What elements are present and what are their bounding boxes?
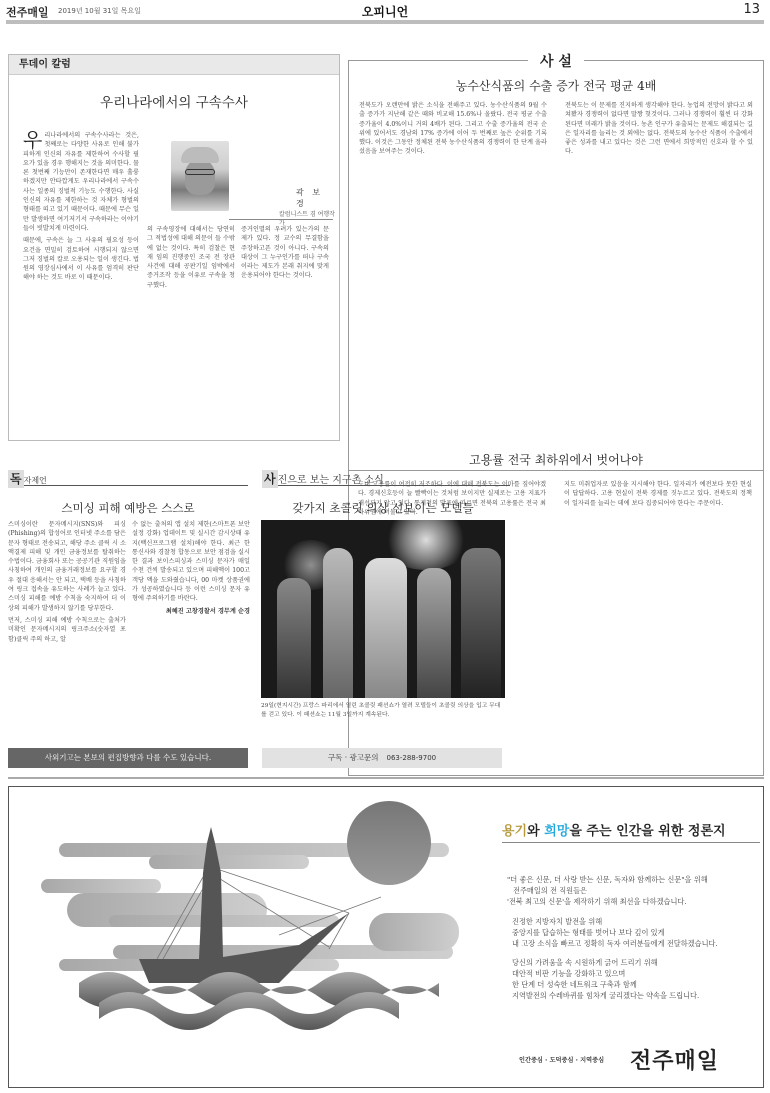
ad-line: 한 단계 더 성숙한 네트워크 구축과 함께 bbox=[512, 979, 699, 990]
ad-line: 진정한 지방자치 발전을 위해 bbox=[512, 916, 718, 927]
reader-letter-col-1: 스미싱이란 문자메시지(SNS)와 피싱(Phishing)의 합성어로 인터넷… bbox=[8, 520, 126, 644]
fashion-show-photo bbox=[261, 520, 505, 698]
photo-news-head: 사진으로 보는 지구촌 소식 bbox=[262, 468, 510, 486]
photo-news-head-rest: 진으로 보는 지구촌 소식 bbox=[278, 475, 384, 486]
editorial-title-2: 고용률 전국 최하위에서 벗어나야 bbox=[349, 451, 763, 468]
reader-letter-head-rest: 자제언 bbox=[24, 476, 47, 485]
slogan-hope: 희망 bbox=[544, 824, 569, 839]
today-column-col-3: 증거인멸의 우려가 있는가의 문제가 있다. 정 교수의 무결함을 주장하고픈 … bbox=[241, 225, 329, 281]
author-divider bbox=[229, 219, 333, 220]
photo-caption: 29일(현지시간) 프랑스 파리에서 열린 초콜릿 패션쇼가 열려 모델들이 초… bbox=[261, 702, 505, 720]
ad-slogan: 용기와 희망을 주는 인간을 위한 정론지 bbox=[502, 820, 726, 839]
editorial-1-col-2: 전북도는 이 문제를 진지하게 생각해야 한다. 농업의 전망이 밝다고 외쳐봤… bbox=[565, 101, 753, 157]
ad-paragraph-1: "더 좋은 신문, 더 사랑 받는 신문, 독자와 함께하는 신문"을 위해 전… bbox=[507, 874, 708, 907]
reader-letter-col-2: 수 없는 출처의 앱 설치 제한(스마트폰 보안설정 강화) 업데이트 및 실시… bbox=[132, 520, 250, 616]
photo-face bbox=[185, 159, 215, 195]
today-column-tab: 투데이 칼럼 bbox=[9, 55, 339, 75]
photo-news-title: 갖가지 초콜릿 의상 선보이는 모델들 bbox=[258, 500, 508, 516]
today-column-lead: 우 리나라에서의 구속수사라는 것은, 첫째로는 다양한 사유로 인해 불가피하… bbox=[23, 131, 139, 283]
photo-cap bbox=[181, 147, 219, 163]
ad-line: 중앙지를 답습하는 형태를 벗어나 보다 깊이 있게 bbox=[512, 927, 718, 938]
masthead: 전주매일 2019년 10월 31일 목요일 오피니언 13 bbox=[6, 0, 764, 24]
slogan-courage: 용기 bbox=[502, 824, 527, 839]
author-name: 곽 보 경 bbox=[296, 187, 339, 209]
reader-letter-head-first: 독 bbox=[8, 470, 24, 488]
ad-paragraph-2: 진정한 지방자치 발전을 위해 중앙지를 답습하는 형태를 벗어나 보다 깊이 … bbox=[512, 916, 718, 949]
contributor-notice: 사외기고는 본보의 편집방향과 다를 수도 있습니다. bbox=[8, 748, 248, 768]
today-column-box: 투데이 칼럼 우리나라에서의 구속수사 우 리나라에서의 구속수사라는 것은, … bbox=[8, 54, 340, 441]
editorial-label-wrap: 사 설 bbox=[349, 51, 763, 71]
ad-line: 지역발전의 수레바퀴를 힘차게 굴리겠다는 약속을 드립니다. bbox=[512, 990, 699, 1001]
ad-paragraph-3: 당신의 가려움을 속 시원하게 긁어 드리기 위해 대안적 비판 기능을 강화하… bbox=[512, 957, 699, 1001]
reader-letter-text-2: 수 없는 출처의 앱 설치 제한(스마트폰 보안설정 강화) 업데이트 및 실시… bbox=[132, 521, 250, 602]
today-column-title: 우리나라에서의 구속수사 bbox=[9, 91, 339, 111]
page-number: 13 bbox=[743, 2, 760, 17]
model-figure bbox=[323, 548, 353, 698]
newspaper-logo: 전주매일 bbox=[630, 1044, 719, 1075]
model-figure bbox=[277, 578, 311, 698]
masthead-rule bbox=[6, 20, 764, 24]
author-photo bbox=[171, 141, 229, 211]
editorial-box: 사 설 농수산식품의 수출 증가 전국 평균 4배 전북도가 오랜만에 밝은 소… bbox=[348, 60, 764, 471]
model-figure bbox=[461, 548, 501, 698]
editorial-label: 사 설 bbox=[528, 54, 584, 70]
ad-line: '전북 최고의 신문'을 제작하기 위해 최선을 다하겠습니다. bbox=[507, 896, 708, 907]
photo-glasses bbox=[185, 169, 215, 175]
ad-line: 당신의 가려움을 속 시원하게 긁어 드리기 위해 bbox=[512, 957, 699, 968]
editorial-title-1: 농수산식품의 수출 증가 전국 평균 4배 bbox=[349, 77, 763, 94]
model-figure bbox=[417, 568, 451, 698]
photo-news-head-first: 사 bbox=[262, 470, 278, 488]
reader-letter-text-1: 스미싱이란 문자메시지(SNS)와 피싱(Phishing)의 합성어로 인터넷… bbox=[8, 521, 126, 612]
slogan-divider bbox=[502, 842, 760, 843]
slogan-and: 와 bbox=[527, 824, 544, 839]
reader-letter-head: 독자제언 bbox=[8, 468, 248, 486]
section-title: 오피니언 bbox=[6, 3, 764, 20]
ad-tagline: 인간중심 · 도덕중심 · 지역중심 bbox=[519, 1055, 604, 1064]
body-text: 때문에, 구속은 늘 그 사유의 필요성 등이 요건을 면밀히 검토하여 시행되… bbox=[23, 237, 139, 281]
contact-phone: 063-288-9700 bbox=[387, 754, 437, 762]
ad-line: 대안적 비판 기능을 강화하고 있으며 bbox=[512, 968, 699, 979]
reader-letter-signature: 최혜진 고창경찰서 경무계 순경 bbox=[132, 607, 250, 616]
section-divider bbox=[8, 777, 764, 779]
ad-line: 내 고장 소식을 빠르고 정확히 독자 여러분들에게 전달하겠습니다. bbox=[512, 938, 718, 949]
editorial-1-col-1: 전북도가 오랜만에 밝은 소식을 전해주고 있다. 농수산식품의 9월 수출 증… bbox=[359, 101, 547, 157]
ad-line: "더 좋은 신문, 더 사랑 받는 신문, 독자와 함께하는 신문"을 위해 bbox=[507, 874, 708, 885]
ad-line: 전주매일의 전 직원들은 bbox=[507, 885, 708, 896]
subscription-contact: 구독 · 광고문의063-288-9700 bbox=[262, 748, 502, 768]
today-column-col-2: 의 구속영장에 대해서는 당연히 그 적법성에 대해 의문이 들 수밖에 없는 … bbox=[147, 225, 235, 290]
contact-label: 구독 · 광고문의 bbox=[328, 753, 379, 762]
reader-letter-text-1-tail: 먼저, 스미싱 피해 예방 수칙으로는 출처가 미확인 문자메시지의 링크주소(… bbox=[8, 617, 126, 643]
model-figure bbox=[365, 558, 407, 698]
reader-letter-title: 스미싱 피해 예방은 스스로 bbox=[8, 500, 248, 516]
ship-illustration bbox=[9, 787, 459, 1087]
slogan-rest: 을 주는 인간을 위한 정론지 bbox=[569, 824, 725, 839]
dropcap: 우 bbox=[23, 131, 42, 149]
